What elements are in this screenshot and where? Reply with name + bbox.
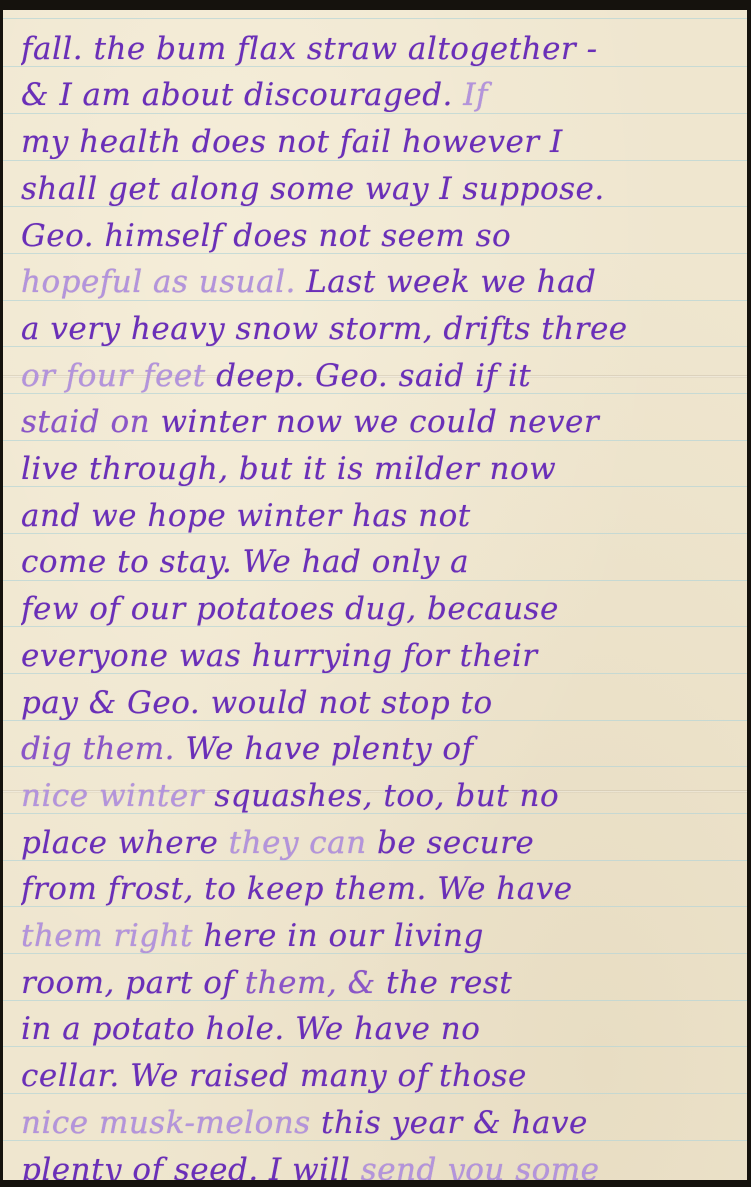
letter-text-segment: send you some: [361, 1152, 600, 1181]
letter-text-segment: in a potato hole. We have no: [21, 1011, 480, 1047]
letter-text-segment: this year & have: [321, 1105, 588, 1141]
letter-line: & I am about discouraged. If: [21, 73, 739, 117]
letter-text-segment: Geo. himself does not seem so: [21, 218, 511, 254]
scan-background: fall. the bum flax straw altogether -& I…: [0, 0, 751, 1187]
letter-text-segment: fall. the bum flax straw altogether -: [21, 31, 598, 67]
letter-text-segment: everyone was hurrying for their: [21, 638, 538, 674]
letter-line: live through, but it is milder now: [21, 447, 739, 491]
letter-text-segment: from frost, to keep them. We have: [21, 871, 573, 907]
letter-line: dig them. We have plenty of: [21, 727, 739, 771]
letter-text-segment: here in our living: [203, 918, 483, 954]
letter-text-segment: come to stay. We had only a: [21, 544, 469, 580]
letter-text-segment: a very heavy snow storm, drifts three: [21, 311, 628, 347]
letter-text-segment: they can: [229, 825, 377, 861]
letter-text-segment: If: [463, 77, 488, 113]
letter-line: in a potato hole. We have no: [21, 1007, 739, 1051]
letter-line: them right here in our living: [21, 914, 739, 958]
letter-line: or four feet deep. Geo. said if it: [21, 354, 739, 398]
letter-line: hopeful as usual. Last week we had: [21, 260, 739, 304]
letter-text-segment: my health does not fail however I: [21, 124, 563, 160]
letter-line: place where they can be secure: [21, 821, 739, 865]
letter-text-segment: deep. Geo. said if it: [216, 358, 531, 394]
letter-line: shall get along some way I suppose.: [21, 167, 739, 211]
letter-text-segment: & I am about discouraged.: [21, 77, 463, 113]
letter-line: plenty of seed. I will send you some: [21, 1148, 739, 1181]
letter-line: room, part of them, & the rest: [21, 961, 739, 1005]
letter-line: Geo. himself does not seem so: [21, 214, 739, 258]
letter-text-segment: nice musk-melons: [21, 1105, 321, 1141]
letter-line: cellar. We raised many of those: [21, 1054, 739, 1098]
letter-line: and we hope winter has not: [21, 494, 739, 538]
letter-line: fall. the bum flax straw altogether -: [21, 27, 739, 71]
letter-text-segment: live through, but it is milder now: [21, 451, 556, 487]
letter-text-segment: them right: [21, 918, 203, 954]
letter-line: my health does not fail however I: [21, 120, 739, 164]
letter-text-segment: Last week we had: [306, 264, 596, 300]
letter-text-segment: plenty of seed. I will: [21, 1152, 361, 1181]
letter-line: staid on winter now we could never: [21, 400, 739, 444]
letter-line: a very heavy snow storm, drifts three: [21, 307, 739, 351]
letter-line: from frost, to keep them. We have: [21, 867, 739, 911]
letter-text-segment: hopeful as usual.: [21, 264, 306, 300]
letter-text-segment: room, part of: [21, 965, 245, 1001]
letter-text-segment: cellar. We raised many of those: [21, 1058, 527, 1094]
letter-text-segment: squashes, too, but no: [214, 778, 559, 814]
letter-text-segment: place where: [21, 825, 229, 861]
letter-text-segment: pay & Geo. would not stop to: [21, 685, 493, 721]
letter-text-segment: winter now we could never: [160, 404, 599, 440]
letter-line: nice musk-melons this year & have: [21, 1101, 739, 1145]
letter-text-segment: the rest: [386, 965, 512, 1001]
letter-text-segment: dig them.: [21, 731, 185, 767]
letter-page: fall. the bum flax straw altogether -& I…: [3, 10, 747, 1180]
letter-line: few of our potatoes dug, because: [21, 587, 739, 631]
letter-text-segment: them, &: [245, 965, 386, 1001]
letter-text-segment: or four feet: [21, 358, 216, 394]
letter-text-segment: We have plenty of: [185, 731, 473, 767]
letter-text-segment: nice winter: [21, 778, 214, 814]
ruled-line: [3, 18, 747, 19]
letter-text-segment: shall get along some way I suppose.: [21, 171, 605, 207]
letter-line: pay & Geo. would not stop to: [21, 681, 739, 725]
letter-text-segment: few of our potatoes dug, because: [21, 591, 559, 627]
letter-text-segment: be secure: [377, 825, 534, 861]
letter-text-segment: and we hope winter has not: [21, 498, 471, 534]
letter-text-segment: staid on: [21, 404, 160, 440]
letter-line: nice winter squashes, too, but no: [21, 774, 739, 818]
letter-line: come to stay. We had only a: [21, 540, 739, 584]
letter-line: everyone was hurrying for their: [21, 634, 739, 678]
